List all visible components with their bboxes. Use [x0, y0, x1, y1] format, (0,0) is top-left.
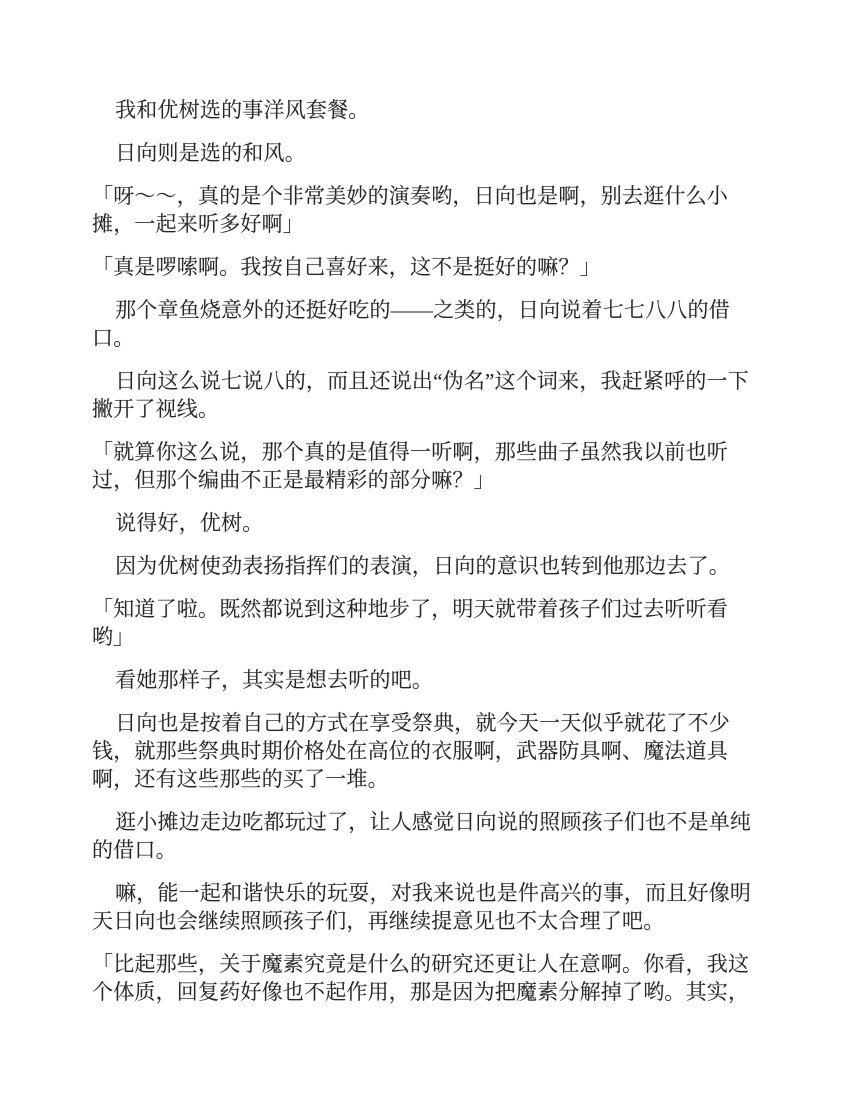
- dialogue-paragraph: 「真是啰嗦啊。我按自己喜好来，这不是挺好的嘛？」: [92, 253, 758, 281]
- dialogue-paragraph: 「呀～～，真的是个非常美妙的演奏哟，日向也是啊，别去逛什么小摊，一起来听多好啊」: [92, 182, 758, 238]
- paragraph: 看她那样子，其实是想去听的吧。: [92, 666, 758, 694]
- paragraph: 日向这么说七说八的，而且还说出“伪名”这个词来，我赶紧呼的一下撇开了视线。: [92, 367, 758, 423]
- paragraph: 日向则是选的和风。: [92, 139, 758, 167]
- paragraph: 那个章鱼烧意外的还挺好吃的——之类的，日向说着七七八八的借口。: [92, 296, 758, 352]
- dialogue-paragraph: 「比起那些，关于魔素究竟是什么的研究还更让人在意啊。你看，我这个体质，回复药好像…: [92, 950, 758, 1006]
- paragraph: 我和优树选的事洋风套餐。: [92, 96, 758, 124]
- dialogue-paragraph: 「知道了啦。既然都说到这种地步了，明天就带着孩子们过去听听看哟」: [92, 595, 758, 651]
- paragraph: 说得好，优树。: [92, 509, 758, 537]
- paragraph: 逛小摊边走边吃都玩过了，让人感觉日向说的照顾孩子们也不是单纯的借口。: [92, 808, 758, 864]
- text-column: 我和优树选的事洋风套餐。 日向则是选的和风。 「呀～～，真的是个非常美妙的演奏哟…: [92, 96, 758, 1021]
- paragraph: 日向也是按着自己的方式在享受祭典，就今天一天似乎就花了不少钱，就那些祭典时期价格…: [92, 709, 758, 793]
- paragraph: 嘛，能一起和谐快乐的玩耍，对我来说也是件高兴的事，而且好像明天日向也会继续照顾孩…: [92, 879, 758, 935]
- novel-page: 我和优树选的事洋风套餐。 日向则是选的和风。 「呀～～，真的是个非常美妙的演奏哟…: [0, 0, 850, 1100]
- paragraph: 因为优树使劲表扬指挥们的表演，日向的意识也转到他那边去了。: [92, 552, 758, 580]
- dialogue-paragraph: 「就算你这么说，那个真的是值得一听啊，那些曲子虽然我以前也听过，但那个编曲不正是…: [92, 438, 758, 494]
